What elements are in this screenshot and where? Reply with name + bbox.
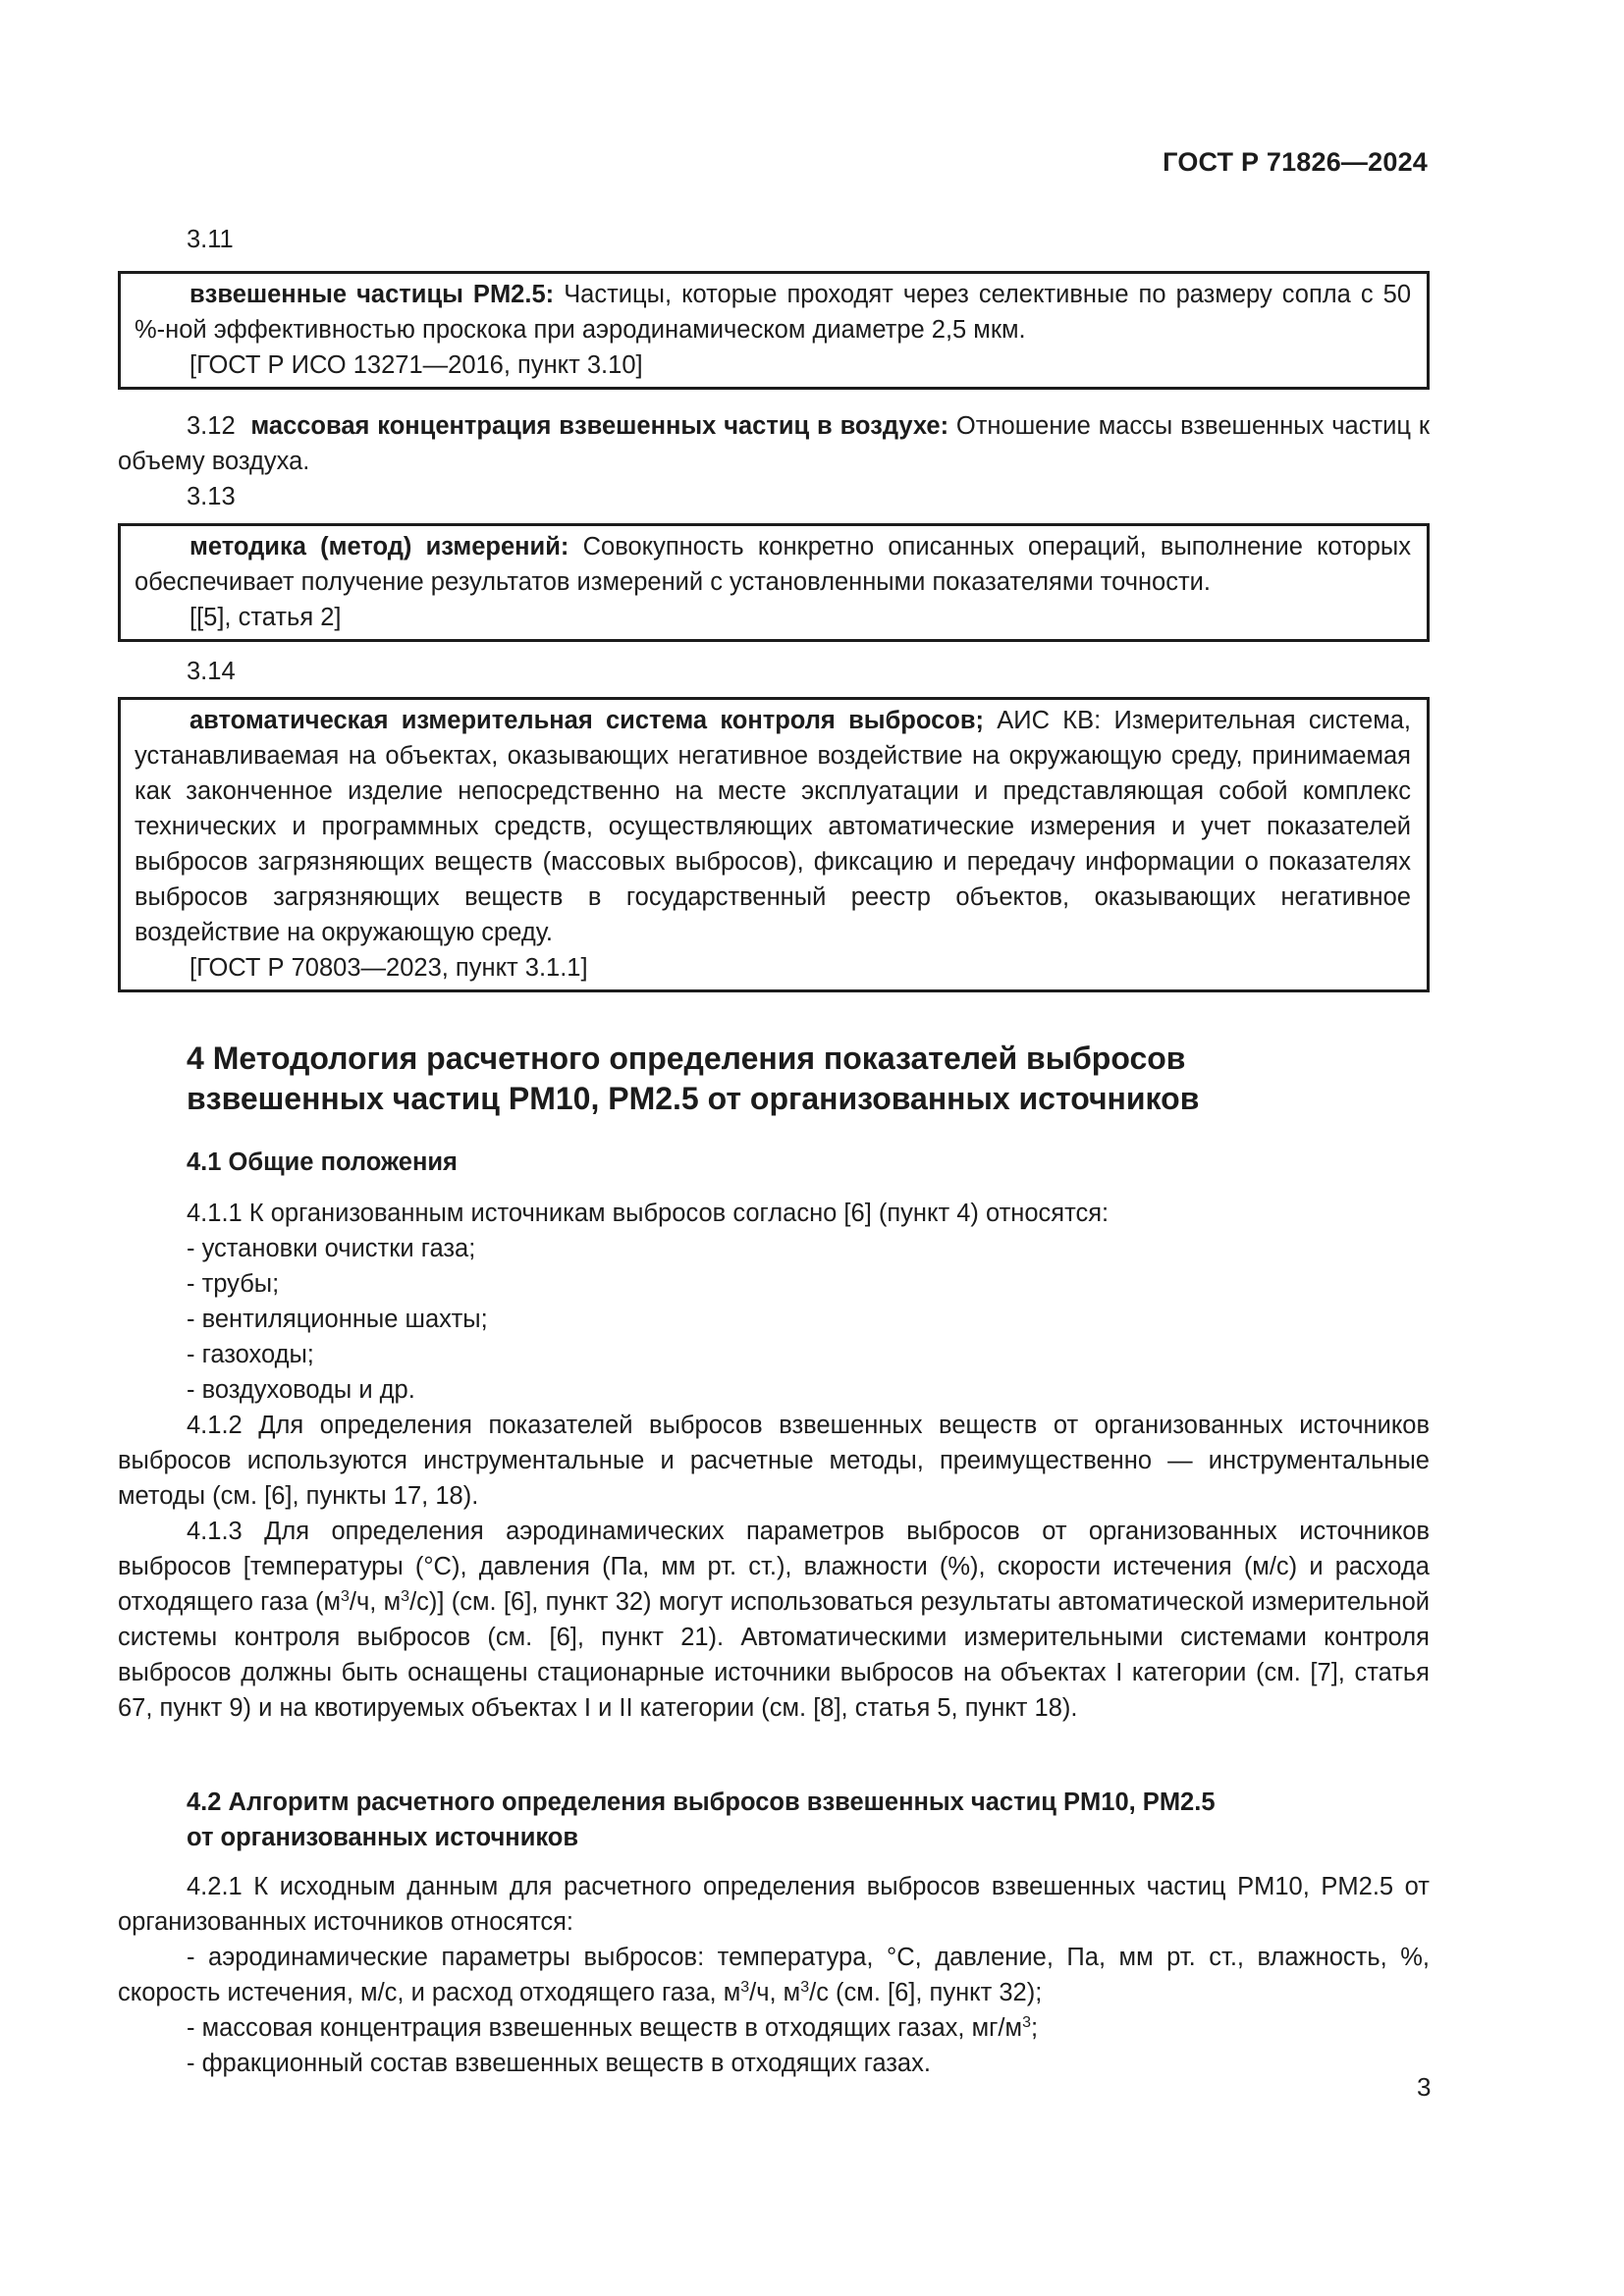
subsection-title-line1: 4.2 Алгоритм расчетного определения выбр… (118, 1785, 1430, 1820)
page-number: 3 (1417, 2072, 1431, 2103)
superscript: 3 (740, 1979, 749, 1996)
term-3-14: автоматическая измерительная система кон… (118, 697, 1430, 992)
subsection-4-1: 4.1 Общие положения 4.1.1 К организованн… (118, 1145, 1430, 1726)
superscript: 3 (800, 1979, 809, 1996)
term-name: взвешенные частицы PM2.5: (189, 281, 554, 308)
paragraph-4-1-3: 4.1.3 Для определения аэродинамических п… (118, 1514, 1430, 1726)
term-3-12: 3.12 массовая концентрация взвешенных ча… (118, 408, 1430, 514)
paragraph-4-1-2: 4.1.2 Для определения показателей выброс… (118, 1408, 1430, 1514)
text-run: /ч, м (350, 1588, 401, 1616)
text-run: - массовая концентрация взвешенных вещес… (187, 2014, 1022, 2042)
subsection-title: 4.1 Общие положения (118, 1145, 1430, 1180)
subsection-4-2: 4.2 Алгоритм расчетного определения выбр… (118, 1785, 1430, 2081)
list-item: - фракционный состав взвешенных веществ … (118, 2046, 1430, 2081)
text-run: /с (см. [6], пункт 32); (809, 1979, 1042, 2006)
list-item: - трубы; (118, 1266, 1430, 1302)
list-item: - воздуховоды и др. (118, 1372, 1430, 1408)
list-item: - вентиляционные шахты; (118, 1302, 1430, 1337)
section-title-line2: взвешенных частиц PM10, PM2.5 от организ… (118, 1079, 1430, 1119)
subsection-title-line2: от организованных источников (118, 1820, 1430, 1855)
list-item: - аэродинамические параметры выбросов: т… (118, 1940, 1430, 2010)
term-source: [ГОСТ Р ИСО 13271—2016, пункт 3.10] (135, 347, 1411, 383)
list-item: - массовая концентрация взвешенных вещес… (118, 2010, 1430, 2046)
document-page: ГОСТ Р 71826—2024 3.11 взвешенные частиц… (0, 0, 1624, 2296)
term-box: взвешенные частицы PM2.5: Частицы, котор… (118, 271, 1430, 390)
term-3-13: методика (метод) измерений: Совокупность… (118, 523, 1430, 689)
term-source: [ГОСТ Р 70803—2023, пункт 3.1.1] (135, 950, 1411, 986)
list-item: - установки очистки газа; (118, 1231, 1430, 1266)
superscript: 3 (341, 1588, 350, 1605)
paragraph-4-2-1: 4.2.1 К исходным данным для расчетного о… (118, 1869, 1430, 1940)
term-number: 3.13 (118, 479, 1430, 514)
term-source: [[5], статья 2] (135, 600, 1411, 635)
term-name: автоматическая измерительная система кон… (189, 707, 984, 734)
term-number: 3.14 (118, 654, 1430, 689)
term-number: 3.12 (187, 412, 236, 440)
term-number: 3.11 (118, 222, 1430, 257)
term-3-11: 3.11 взвешенные частицы PM2.5: Частицы, … (118, 222, 1430, 390)
section-4-heading: 4 Методология расчетного определения пок… (118, 1039, 1430, 1119)
term-definition: АИС КВ: Измерительная система, устанавли… (135, 707, 1411, 946)
paragraph-4-1-1: 4.1.1 К организованным источникам выброс… (118, 1196, 1430, 1231)
superscript: 3 (401, 1588, 409, 1605)
term-box: методика (метод) измерений: Совокупность… (118, 523, 1430, 642)
term-name: массовая концентрация взвешенных частиц … (250, 412, 948, 440)
term-box: автоматическая измерительная система кон… (118, 697, 1430, 992)
text-run: /ч, м (749, 1979, 800, 2006)
section-title-line1: 4 Методология расчетного определения пок… (118, 1039, 1430, 1079)
list-item: - газоходы; (118, 1337, 1430, 1372)
document-header-id: ГОСТ Р 71826—2024 (1163, 147, 1428, 178)
superscript: 3 (1022, 2014, 1031, 2031)
term-name: методика (метод) измерений: (189, 533, 568, 561)
text-run: ; (1031, 2014, 1038, 2042)
